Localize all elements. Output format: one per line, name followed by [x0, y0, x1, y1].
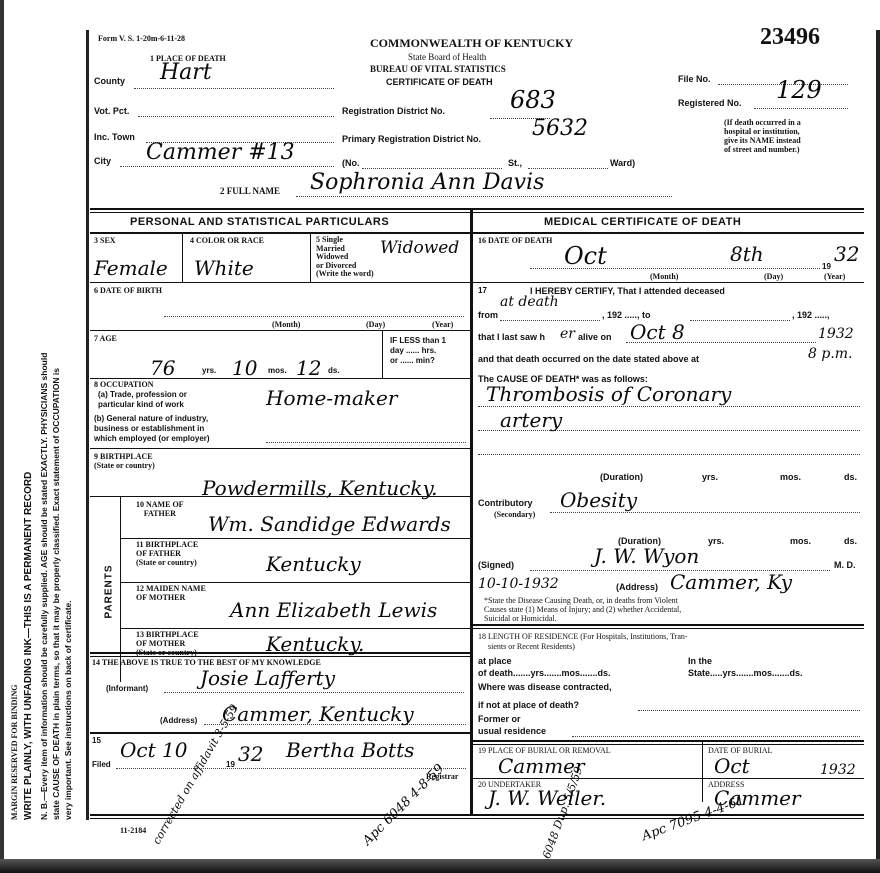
race-value: White: [194, 256, 254, 280]
occupation-value: Home-maker: [266, 386, 397, 410]
birthplace-label: 9 BIRTHPLACE(State or country): [94, 452, 155, 470]
hospital-note: (If death occurred in ahospital or insti…: [724, 118, 801, 154]
informant-value: Josie Lafferty: [200, 666, 335, 690]
parents-label: PARENTS: [104, 564, 115, 618]
death-day: 8th: [730, 242, 764, 266]
cause-footnote: *State the Disease Causing Death, or, in…: [484, 596, 681, 623]
margin-nb-line1: N. B.—Every item of information should b…: [39, 353, 50, 820]
margin-instructions: MARGIN RESERVED FOR BINDING WRITE PLAINL…: [4, 30, 86, 830]
sex-value: Female: [94, 256, 168, 280]
age-years: 76: [150, 356, 175, 380]
county-label: County: [94, 76, 125, 86]
last-saw-date: Oct 8: [630, 320, 685, 344]
death-month: Oct: [564, 242, 607, 270]
less-than-day: IF LESS than 1day ...... hrs.or ...... m…: [390, 336, 446, 366]
ward-label: Ward): [610, 158, 635, 168]
last-saw-year: 1932: [818, 326, 854, 342]
physician-signature: J. W. Wyon: [594, 544, 699, 568]
filed-year-value: 32: [238, 742, 263, 766]
primary-reg-label: Primary Registration District No.: [342, 134, 481, 144]
city-label: City: [94, 156, 111, 166]
reg-district-label: Registration District No.: [342, 106, 445, 116]
death-time-value: 8 p.m.: [808, 346, 853, 362]
age-days: 12: [296, 356, 321, 380]
father-birthplace-label: 11 BIRTHPLACEOF FATHER(State or country): [136, 540, 198, 567]
filed-date-value: Oct 10: [120, 738, 187, 762]
primary-reg-value: 5632: [532, 116, 588, 141]
marital-label: 5 SingleMarriedWidowedor Divorced(Write …: [316, 236, 374, 279]
vot-pct-label: Vot. Pct.: [94, 106, 129, 116]
city-value: Cammer #13: [146, 140, 295, 165]
margin-reserved: MARGIN RESERVED FOR BINDING: [9, 684, 20, 820]
age-months: 10: [232, 356, 257, 380]
medical-section-title: MEDICAL CERTIFICATE OF DEATH: [544, 216, 741, 228]
margin-write-plainly: WRITE PLAINLY, WITH UNFADING INK—THIS IS…: [23, 472, 34, 820]
father-name-label: 10 NAME OFFATHER: [136, 500, 184, 518]
attended-from-value: at death: [500, 294, 559, 310]
personal-section-title: PERSONAL AND STATISTICAL PARTICULARS: [130, 216, 389, 228]
margin-border: [86, 30, 89, 820]
column-divider: [470, 210, 473, 815]
race-label: 4 COLOR OR RACE: [190, 236, 264, 245]
mother-name-value: Ann Elizabeth Lewis: [230, 598, 437, 622]
full-name-label: 2 FULL NAME: [220, 186, 280, 196]
death-time-label: and that death occurred on the date stat…: [478, 354, 699, 364]
margin-nb-line2: state CAUSE OF DEATH in plain terms, so …: [51, 368, 62, 820]
informant-address-value: Cammer, Kentucky: [222, 702, 414, 726]
residence-label: 18 LENGTH OF RESIDENCE (For Hospitals, I…: [478, 632, 688, 652]
signed-date: 10-10-1932: [478, 576, 559, 592]
scan-edge-bottom: [0, 859, 880, 873]
death-year: 32: [834, 242, 859, 266]
form-number: Form V. S. 1-20m-6-11-28: [98, 34, 185, 43]
inc-town-label: Inc. Town: [94, 132, 135, 142]
death-certificate: Form V. S. 1-20m-6-11-28 1 PLACE OF DEAT…: [90, 30, 864, 820]
dob-label: 6 DATE OF BIRTH: [94, 286, 162, 295]
undertaker-value: J. W. Weller.: [488, 786, 606, 810]
certify-text: I HEREBY CERTIFY, That I attended deceas…: [530, 286, 725, 296]
county-value: Hart: [160, 60, 212, 85]
margin-nb-line3: very important. See instructions on back…: [63, 600, 74, 820]
registered-no-label: Registered No.: [678, 98, 742, 108]
registered-no-value: 129: [776, 76, 822, 104]
certificate-number: 23496: [760, 24, 820, 51]
board-title: State Board of Health: [408, 52, 486, 62]
cause-line2: artery: [500, 408, 562, 432]
contributory-value: Obesity: [560, 488, 637, 512]
burial-date-value: Oct: [714, 754, 750, 778]
age-label: 7 AGE: [94, 334, 117, 343]
registrar-value: Bertha Botts: [286, 738, 414, 762]
st-label: St.,: [508, 158, 522, 168]
file-no-label: File No.: [678, 74, 711, 84]
last-saw-pronoun: er: [560, 326, 575, 342]
marital-value: Widowed: [380, 238, 459, 258]
father-birthplace-value: Kentucky: [266, 552, 361, 576]
commonwealth-title: COMMONWEALTH OF KENTUCKY: [370, 36, 573, 51]
no-label: (No.: [342, 158, 360, 168]
occupation-label: 8 OCCUPATION: [94, 380, 153, 389]
full-name-value: Sophronia Ann Davis: [310, 170, 544, 195]
scan-edge-right: [876, 30, 880, 859]
mother-name-label: 12 MAIDEN NAMEOF MOTHER: [136, 584, 206, 602]
father-name-value: Wm. Sandidge Edwards: [208, 512, 451, 536]
death-date-label: 16 DATE OF DEATH: [478, 236, 552, 245]
form-code: 11-2184: [120, 826, 146, 835]
reg-district-value: 683: [510, 86, 556, 114]
physician-address: Cammer, Ky: [670, 570, 792, 594]
burial-year: 1932: [820, 762, 856, 778]
sex-label: 3 SEX: [94, 236, 116, 245]
bureau-title: BUREAU OF VITAL STATISTICS: [370, 64, 506, 74]
cause-line1: Thrombosis of Coronary: [486, 382, 731, 406]
certificate-title: CERTIFICATE OF DEATH: [386, 77, 493, 87]
